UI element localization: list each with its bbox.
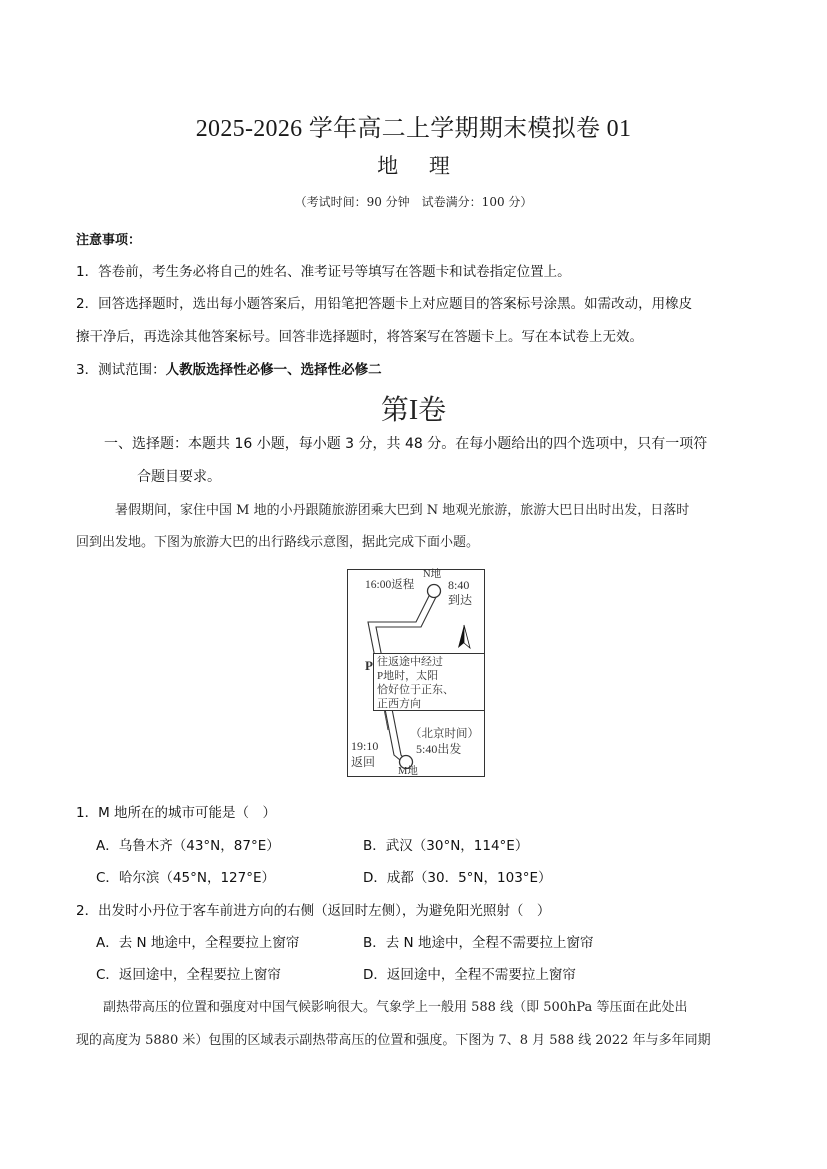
question-1-option-b[interactable]: B．武汉（30°N，114°E） (363, 834, 528, 854)
passage-1-line-1: 暑假期间，家住中国 M 地的小丹跟随旅游团乘大巴到 N 地观光旅游，旅游大巴日出… (115, 499, 689, 518)
n-label: N地 (423, 569, 441, 581)
notice-heading: 注意事项： (76, 229, 141, 248)
beijing-time-label: （北京时间） (410, 728, 479, 741)
north-arrow-icon (457, 624, 471, 650)
question-1-option-a[interactable]: A．乌鲁木齐（43°N，87°E） (96, 834, 280, 854)
notice-item-3-prefix: 3．测试范围： (76, 362, 166, 378)
question-1-stem: 1．M 地所在的城市可能是（ ） (76, 801, 276, 821)
exam-info: （考试时间：90 分钟 试卷满分：100 分） (0, 193, 827, 210)
passage-2-line-1: 副热带高压的位置和强度对中国气候影响很大。气象学上一般用 588 线（即 500… (103, 996, 687, 1015)
question-1-option-d[interactable]: D．成都（30．5°N，103°E） (363, 866, 552, 886)
callout-line: 正西方向 (377, 697, 481, 711)
callout-line: P地时，太阳 (377, 669, 481, 683)
passage-1-line-2: 回到出发地。下图为旅游大巴的出行路线示意图，据此完成下面小题。 (76, 531, 479, 550)
exam-title: 2025-2026 学年高二上学期期末模拟卷 01 (0, 108, 827, 143)
question-1-option-c[interactable]: C．哈尔滨（45°N，127°E） (96, 866, 275, 886)
question-2-option-a[interactable]: A．去 N 地途中，全程要拉上窗帘 (96, 931, 299, 951)
question-2-option-b[interactable]: B．去 N 地途中，全程不需要拉上窗帘 (363, 931, 593, 951)
notice-item-2: 2．回答选择题时，选出每小题答案后，用铅笔把答题卡上对应题目的答案标号涂黑。如需… (76, 292, 692, 312)
section-title: 第I卷 (0, 388, 827, 428)
question-2-option-c[interactable]: C．返回途中，全程要拉上窗帘 (96, 963, 281, 983)
section-description-cont: 合题目要求。 (137, 466, 221, 486)
question-2-stem: 2．出发时小丹位于客车前进方向的右侧（返回时左侧），为避免阳光照射（ ） (76, 899, 550, 919)
section-description: 一、选择题：本题共 16 小题，每小题 3 分，共 48 分。在每小题给出的四个… (104, 433, 707, 453)
callout-box: 往返途中经过 P地时，太阳 恰好位于正东、 正西方向 (373, 653, 485, 711)
notice-item-3: 3．测试范围：人教版选择性必修一、选择性必修二 (76, 358, 382, 378)
p-label: P (365, 659, 373, 674)
arrive-label: 到达 (448, 594, 472, 608)
notice-item-1: 1．答卷前，考生务必将自己的姓名、准考证号等填写在答题卡和试卷指定位置上。 (76, 260, 571, 280)
test-scope: 人教版选择性必修一、选择性必修二 (166, 362, 382, 378)
passage-2-line-2: 现的高度为 5880 米）包围的区域表示副热带高压的位置和强度。下图为 7、8 … (76, 1029, 711, 1048)
route-diagram: N地 16:00返程 8:40 到达 P 往返途中经过 P地时，太阳 恰好位于正… (347, 569, 485, 777)
question-2-option-d[interactable]: D．返回途中，全程不需要拉上窗帘 (363, 963, 576, 983)
subject-title: 地 理 (0, 150, 827, 180)
callout-line: 往返途中经过 (377, 655, 481, 669)
notice-item-2-cont: 擦干净后，再选涂其他答案标号。回答非选择题时，将答案写在答题卡上。写在本试卷上无… (76, 325, 643, 345)
back-time: 19:10 (351, 740, 378, 754)
m-label: M地 (398, 766, 418, 778)
return-time-label: 16:00返程 (365, 579, 414, 592)
back-label: 返回 (351, 756, 375, 770)
arrive-time: 8:40 (448, 579, 469, 593)
depart-label: 5:40出发 (416, 743, 461, 757)
callout-line: 恰好位于正东、 (377, 683, 481, 697)
